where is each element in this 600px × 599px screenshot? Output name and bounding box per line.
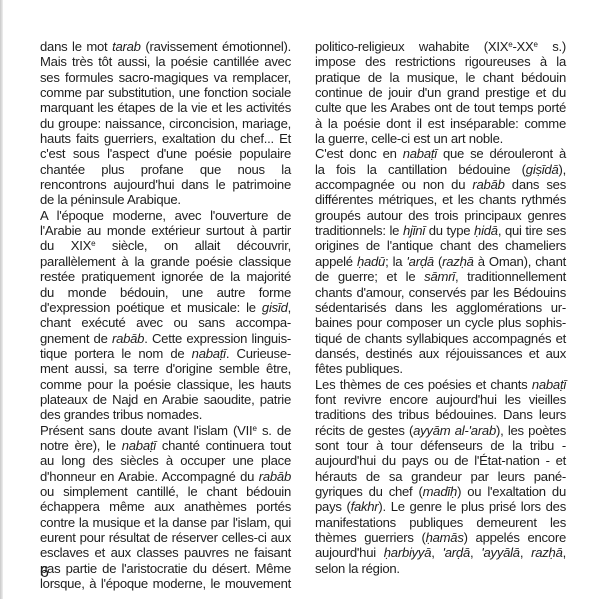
text-line: tique portera le nom de nabaṭī. Curieuse… [40,346,291,361]
text-line: groupés autour des trois principaux genr… [315,208,566,223]
text-line: des grandes tribus nomades. [40,407,291,422]
page-number: 6 [40,564,49,582]
text-line: Mais très tôt aussi, la poésie cantillée… [40,54,291,69]
text-line: chant exécuté avec ou sans accompa- [40,315,291,330]
text-line: ou simplement cantillé, le chant bédouin [40,484,291,499]
text-line: Les thèmes de ces poésies et chants naba… [315,377,566,392]
right-text-column: politico-religieux wahabite (XIXe-XXe s.… [315,39,566,576]
text-line: traditions des tribus bédouines. Dans le… [315,407,566,422]
text-line: c'est sous l'aspect d'une poésie populai… [40,146,291,161]
text-line: de la péninsule Arabique. [40,192,291,207]
text-line: continue de jouir d'un grand prestige et… [315,85,566,100]
text-line: au long des siècles à occuper une place [40,453,291,468]
text-line: différentes métriques, et les chants ryt… [315,192,566,207]
text-line: font revivre encore aujourd'hui les viei… [315,392,566,407]
text-line: impose des restrictions rigoureuses à la [315,54,566,69]
text-line: notre ère), le nabaṭī chanté continuera … [40,438,291,453]
text-line: pays (fakhr). Le genre le plus prisé lor… [315,499,566,514]
text-line: Présent sans doute avant l'islam (VIIe s… [40,423,291,438]
text-line: de guerre; et le sāmrī, traditionnelleme… [315,269,566,284]
text-line: hérauts de sa grandeur par leurs pané- [315,469,566,484]
text-line: fêtes publiques. [315,361,566,376]
text-line: plateaux de Najd en Arabie saoudite, pat… [40,392,291,407]
text-line: du monde bédouin, une autre forme [40,285,291,300]
text-line: contre la musique et la danse par l'isla… [40,515,291,530]
text-line: sédentarisés dans les agglomérations ur- [315,300,566,315]
text-line: A l'époque moderne, avec l'ouverture de [40,208,291,223]
text-line: échappera même aux anathèmes portés [40,499,291,514]
text-line: sont tour à tour défenseurs de la tribu … [315,438,566,453]
text-line: aujourd'hui du pays ou de l'État-nation … [315,453,566,468]
page-binding-edge [0,0,3,599]
text-line: esclaves et aux classes pauvres ne faisa… [40,545,291,560]
text-line: à la poésie dont il est inséparable: com… [315,116,566,131]
text-line: ses formules sacro-magiques va remplacer… [40,70,291,85]
text-line: marquant les étapes de la vie et les act… [40,100,291,115]
text-line: appelé ḥadū; la 'arḍā (razḥā à Oman), ch… [315,254,566,269]
text-line: baines pour composer un cycle plus sophi… [315,315,566,330]
text-line: politico-religieux wahabite (XIXe-XXe s.… [315,39,566,54]
text-line: origines de l'antique chant des chamelie… [315,238,566,253]
text-line: parallèlement à la grande poésie classiq… [40,254,291,269]
text-line: culte que les Arabes ont de tout temps p… [315,100,566,115]
text-line: traditionnels: le hjīnī du type ḥidā, qu… [315,223,566,238]
text-line: dansés, destinés aux réjouissances et au… [315,346,566,361]
text-line: selon la région. [315,561,566,576]
text-line: dans le mot tarab (ravissement émotionne… [40,39,291,54]
text-line: d'honneur en Arabie. Accompagné du rabāb [40,469,291,484]
text-line: restée pratiquement ignorée de la majori… [40,269,291,284]
text-line: chants d'amour, conservés par les Bédoui… [315,285,566,300]
text-line: comme par substitution, une fonction soc… [40,85,291,100]
text-line: accompagnée ou non du rabāb dans ses [315,177,566,192]
text-line: du XIXe siècle, on allait découvrir, [40,238,291,253]
text-line: eurent pour résultat de réserver celles-… [40,530,291,545]
text-line: aujourd'hui ḥarbiyyā, 'arḍā, 'ayyālā, ra… [315,545,566,560]
text-line: hauts faits guerriers, exaltation du che… [40,131,291,146]
text-line: comme pour la poésie classique, les haut… [40,377,291,392]
text-line: manifestations publiques demeurent les [315,515,566,530]
text-line: tiqué de chants syllabiques accompagnés … [315,331,566,346]
text-line: la guerre, celle-ci est un art noble. [315,131,566,146]
text-line: du groupe: naissance, circoncision, mari… [40,116,291,131]
text-line: ment aussi, sa terre d'origine semble êt… [40,361,291,376]
text-line: d'expression poétique et musicale: le gi… [40,300,291,315]
text-line: thèmes guerriers (ḥamās) appelés encore [315,530,566,545]
text-line: chantée plus profane que nous la [40,162,291,177]
text-line: récits de gestes (ayyām al-'arab), les p… [315,423,566,438]
text-line: pratique de la musique, le chant bédouin [315,70,566,85]
text-line: rencontrons aujourd'hui dans le patrimoi… [40,177,291,192]
text-line: pas partie de l'aristocratie du désert. … [40,561,291,576]
text-line: l'Arabie au monde extérieur surtout à pa… [40,223,291,238]
text-line: lorsque, à l'époque moderne, le mouvemen… [40,576,291,591]
text-line: la fois la cantillation bédouine (giṣīdā… [315,162,566,177]
text-line: C'est donc en nabaṭī que se dérouleront … [315,146,566,161]
text-line: gnement de rabāb. Cette expression lingu… [40,331,291,346]
left-text-column: dans le mot tarab (ravissement émotionne… [40,39,291,591]
text-line: gyriques du chef (madīḥ) ou l'exaltation… [315,484,566,499]
